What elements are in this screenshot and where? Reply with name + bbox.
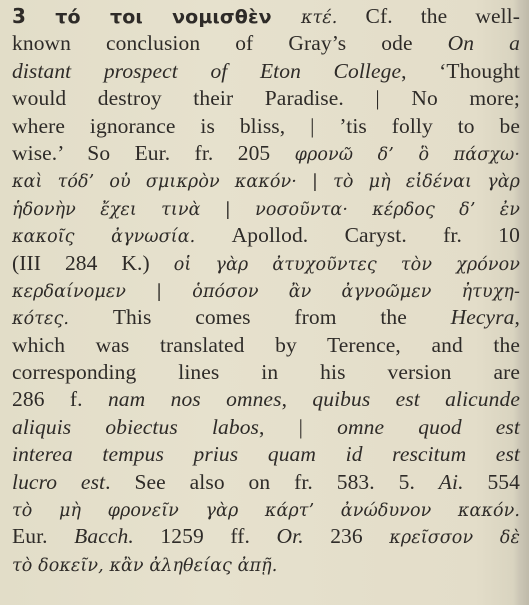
roman-text: , ‘Thought (401, 59, 520, 83)
greek-text: κρεῖσσον δὲ (389, 528, 520, 548)
roman-text: , (282, 387, 313, 411)
roman-text: known conclusion of Gray’s ode (12, 31, 448, 55)
roman-text: Cf. the well- (337, 4, 520, 28)
page-edge-shadow (520, 0, 529, 605)
roman-text: . See also on fr. 583. 5. (105, 470, 439, 494)
greek-text: τό τοι νομισθὲν (26, 6, 301, 28)
roman-text: , | (259, 415, 337, 439)
greek-text: τὸ μὴ φρονεῖν γὰρ κάρτ’ ἀνώδυνον κακόν. (12, 501, 520, 521)
text-line: καὶ τόδ’ οὐ σμικρὸν κακόν· | τὸ μὴ εἰδέν… (12, 167, 520, 194)
roman-text: 236 (304, 524, 390, 548)
roman-text: Apollod. Caryst. fr. 10 (195, 223, 520, 247)
italic-text: quibus est alicunde (312, 387, 520, 411)
text-line: τὸ μὴ φρονεῖν γὰρ κάρτ’ ἀνώδυνον κακόν. (12, 496, 520, 523)
italic-text: lucro est (12, 470, 105, 494)
italic-text: Hecyra (451, 305, 515, 329)
scanned-page: 3 τό τοι νομισθὲν κτέ. Cf. the well-know… (0, 0, 529, 605)
text-line: 286 f. nam nos omnes, quibus est alicund… (12, 386, 520, 413)
text-line: ἡδονὴν ἔχει τινὰ | νοσοῦντα· κέρδος δ’ ἐ… (12, 195, 520, 222)
roman-text: (III 284 K.) (12, 251, 174, 275)
roman-text: which was translated by Terence, and the (12, 333, 520, 357)
roman-text: corresponding lines in his version are (12, 360, 520, 384)
italic-text: nam nos omnes (108, 387, 282, 411)
greek-text: κότες. (12, 309, 69, 329)
text-line: lucro est. See also on fr. 583. 5. Ai. 5… (12, 469, 520, 496)
roman-text: Eur. (12, 524, 74, 548)
text-line: 3 τό τοι νομισθὲν κτέ. Cf. the well- (12, 3, 520, 30)
roman-text: 286 f. (12, 387, 108, 411)
text-line: corresponding lines in his version are (12, 359, 520, 386)
text-line: distant prospect of Eton College, ‘Thoug… (12, 58, 520, 85)
greek-text: φρονῶ δ’ ὃ πάσχω· (295, 145, 520, 165)
italic-text: distant prospect of Eton College (12, 59, 401, 83)
roman-text: This comes from the (69, 305, 451, 329)
text-line: (III 284 K.) οἱ γὰρ ἀτυχοῦντες τὸν χρόνο… (12, 250, 520, 277)
greek-text: τὸ δοκεῖν, κἂν ἀληθείας ἀπῇ. (12, 556, 277, 576)
text-line: which was translated by Terence, and the (12, 332, 520, 359)
roman-text: where ignorance is bliss, | ’tis folly t… (12, 114, 520, 138)
text-line: where ignorance is bliss, | ’tis folly t… (12, 113, 520, 140)
commentary-note: 3 τό τοι νομισθὲν κτέ. Cf. the well-know… (12, 3, 520, 578)
roman-text: wise.’ So Eur. fr. 205 (12, 141, 295, 165)
roman-text: 554 (464, 470, 520, 494)
text-line: wise.’ So Eur. fr. 205 φρονῶ δ’ ὃ πάσχω· (12, 140, 520, 167)
text-line: κερδαίνομεν | ὁπόσον ἂν ἀγνοῶμεν ἠτυχη- (12, 277, 520, 304)
text-line: Eur. Bacch. 1259 ff. Or. 236 κρεῖσσον δὲ (12, 523, 520, 550)
italic-text: On a (448, 31, 520, 55)
italic-text: Bacch. (74, 524, 134, 548)
text-line: κότες. This comes from the Hecyra, (12, 304, 520, 331)
greek-text: οἱ γὰρ ἀτυχοῦντες τὸν χρόνον (174, 255, 520, 275)
greek-text: ἡδονὴν ἔχει τινὰ | νοσοῦντα· κέρδος δ’ ἐ… (12, 200, 520, 220)
greek-text: κακοῖς ἀγνωσία. (12, 227, 195, 247)
greek-text: κτέ. (301, 8, 338, 28)
italic-text: omne quod est (337, 415, 520, 439)
text-line: would destroy their Paradise. | No more; (12, 85, 520, 112)
text-line: aliquis obiectus labos, | omne quod est (12, 414, 520, 441)
text-line: interea tempus prius quam id rescitum es… (12, 441, 520, 468)
italic-text: aliquis obiectus labos (12, 415, 259, 439)
greek-text: κερδαίνομεν | ὁπόσον ἂν ἀγνοῶμεν ἠτυχη- (12, 282, 520, 302)
greek-text: καὶ τόδ’ οὐ σμικρὸν κακόν· | τὸ μὴ εἰδέν… (12, 172, 520, 192)
text-line: known conclusion of Gray’s ode On a (12, 30, 520, 57)
roman-text: 1259 ff. (134, 524, 277, 548)
italic-text: interea tempus prius quam id rescitum es… (12, 442, 520, 466)
line-number: 3 (12, 4, 26, 28)
italic-text: Or. (276, 524, 303, 548)
text-line: κακοῖς ἀγνωσία. Apollod. Caryst. fr. 10 (12, 222, 520, 249)
roman-text: would destroy their Paradise. | No more; (12, 86, 520, 110)
roman-text: , (515, 305, 520, 329)
italic-text: Ai. (439, 470, 464, 494)
text-line: τὸ δοκεῖν, κἂν ἀληθείας ἀπῇ. (12, 551, 520, 578)
